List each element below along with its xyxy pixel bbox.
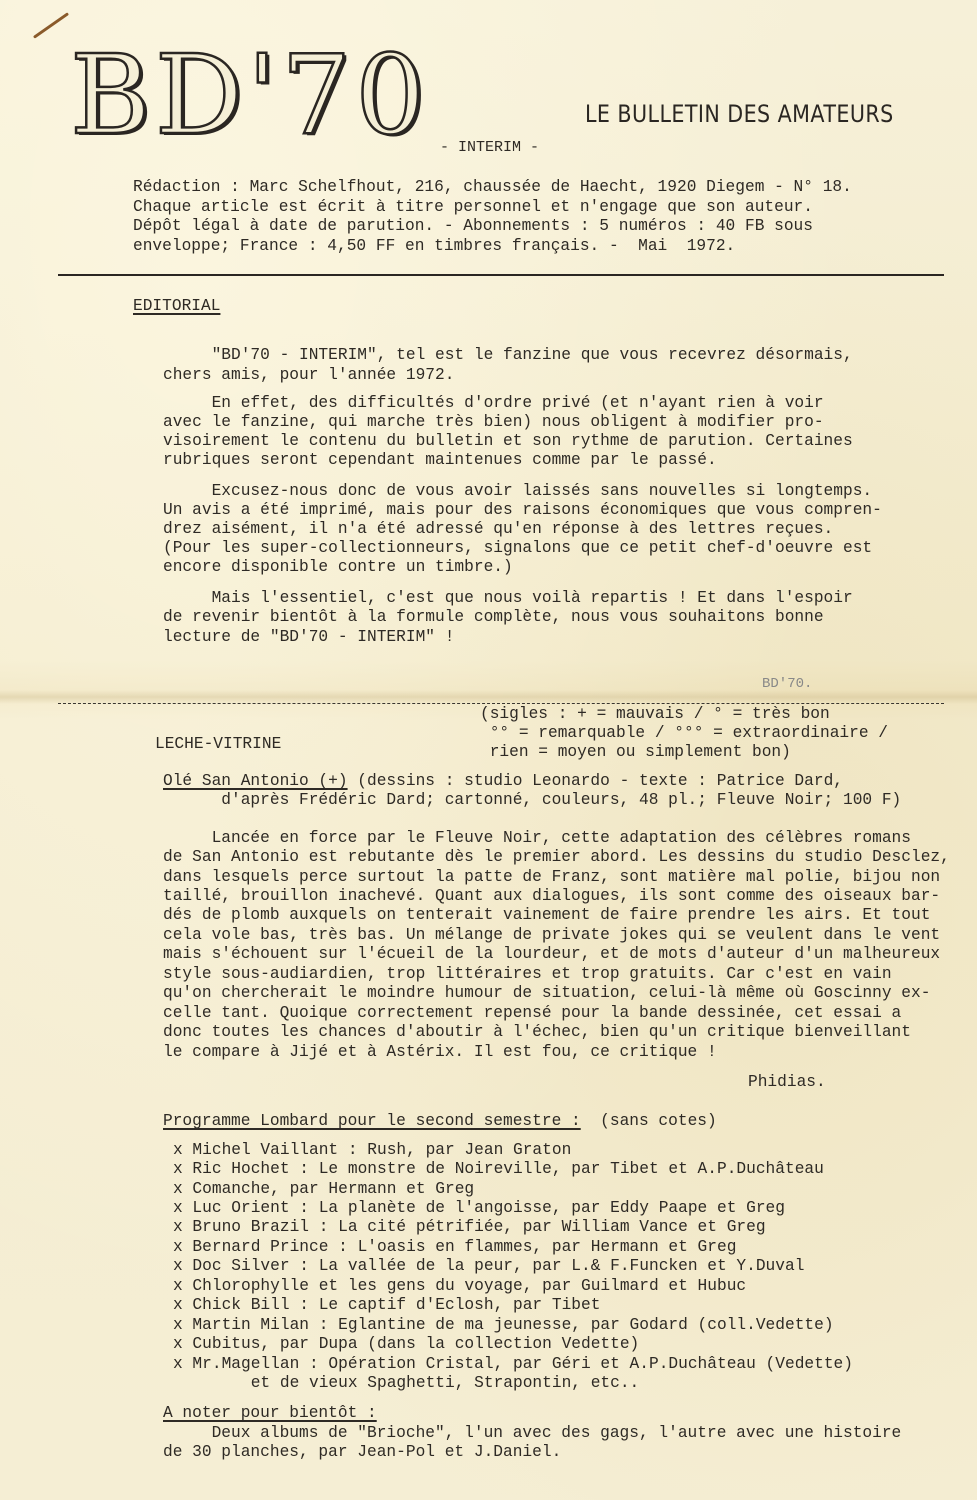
programme-header: Programme Lombard pour le second semestr… xyxy=(163,1112,717,1132)
paper-fold xyxy=(0,690,977,704)
divider-dashed xyxy=(58,703,944,704)
list-item: x Doc Silver : La vallée de la peur, par… xyxy=(173,1257,804,1277)
review-line: donc toutes les chances d'aboutir à l'éc… xyxy=(163,1023,911,1043)
editorial-line: En effet, des difficultés d'ordre privé … xyxy=(163,394,824,414)
list-item: x Comanche, par Hermann et Greg xyxy=(173,1180,474,1200)
masthead-interim: - INTERIM - xyxy=(440,138,539,158)
imprint-line: Dépôt légal à date de parution. - Abonne… xyxy=(133,217,813,237)
divider xyxy=(58,274,944,276)
list-item-tail: et de vieux Spaghetti, Strapontin, etc.. xyxy=(173,1374,639,1394)
editorial-line: Excusez-nous donc de vous avoir laissés … xyxy=(163,482,872,502)
legend-line: rien = moyen ou simplement bon) xyxy=(480,743,791,763)
review-header: Olé San Antonio (+) (dessins : studio Le… xyxy=(163,772,843,792)
imprint-line: enveloppe; France : 4,50 FF en timbres f… xyxy=(133,237,735,257)
review-author: Phidias. xyxy=(748,1073,826,1093)
review-line: taillé, brouillon inachevé. Quant aux di… xyxy=(163,887,940,907)
list-item: x Mr.Magellan : Opération Cristal, par G… xyxy=(173,1355,853,1375)
review-line: style sous-audiardien, trop littéraires … xyxy=(163,965,892,985)
list-item: x Ric Hochet : Le monstre de Noireville,… xyxy=(173,1160,824,1180)
review-line: de San Antonio est rebutante dès le prem… xyxy=(163,848,950,868)
legend-line: (sigles : + = mauvais / ° = très bon xyxy=(480,705,830,725)
a-noter-heading: A noter pour bientôt : xyxy=(163,1404,377,1424)
masthead-subtitle: LE BULLETIN DES AMATEURS xyxy=(585,100,894,128)
editorial-line: "BD'70 - INTERIM", tel est le fanzine qu… xyxy=(163,346,853,366)
editorial-line: Un avis a été imprimé, mais pour des rai… xyxy=(163,501,882,521)
review-title: Olé San Antonio (+) xyxy=(163,772,348,790)
editorial-line: de revenir bientôt à la formule complète… xyxy=(163,608,824,628)
a-noter-line: de 30 planches, par Jean-Pol et J.Daniel… xyxy=(163,1443,561,1463)
review-details: (dessins : studio Leonardo - texte : Pat… xyxy=(348,772,843,790)
review-line: cela vole bas, très bas. Un mélange de p… xyxy=(163,926,940,946)
programme-note: (sans cotes) xyxy=(581,1112,717,1130)
editorial-line: chers amis, pour l'année 1972. xyxy=(163,366,454,386)
editorial-line: avec le fanzine, qui marche très bien) n… xyxy=(163,413,824,433)
legend-line: °° = remarquable / °°° = extraordinaire … xyxy=(480,724,888,744)
editorial-line: drez aisément, il n'a été adressé qu'en … xyxy=(163,520,833,540)
list-item: x Bruno Brazil : La cité pétrifiée, par … xyxy=(173,1218,766,1238)
list-item: x Luc Orient : La planète de l'angoisse,… xyxy=(173,1199,785,1219)
masthead-logo: BD'70 xyxy=(70,40,429,150)
list-item: x Michel Vaillant : Rush, par Jean Grato… xyxy=(173,1141,571,1161)
programme-heading: Programme Lombard pour le second semestr… xyxy=(163,1112,581,1130)
list-item: x Martin Milan : Eglantine de ma jeuness… xyxy=(173,1316,834,1336)
pencil-mark xyxy=(33,12,69,39)
review-line: mais s'échouent sur l'écueil de la lourd… xyxy=(163,945,940,965)
review-line: Lancée en force par le Fleuve Noir, cett… xyxy=(163,829,911,849)
editorial-heading: EDITORIAL xyxy=(133,297,220,317)
list-item: x Bernard Prince : L'oasis en flammes, p… xyxy=(173,1238,736,1258)
imprint-line: Rédaction : Marc Schelfhout, 216, chauss… xyxy=(133,178,852,198)
editorial-line: Mais l'essentiel, c'est que nous voilà r… xyxy=(163,589,853,609)
review-details: d'après Frédéric Dard; cartonné, couleur… xyxy=(163,791,901,811)
review-line: dans lesquels perce surtout la patte de … xyxy=(163,868,940,888)
leche-vitrine-heading: LECHE-VITRINE xyxy=(155,735,281,755)
review-line: celle tant. Quoique correctement repensé… xyxy=(163,1004,901,1024)
review-line: dés de plomb auxquels on tenterait vaine… xyxy=(163,906,930,926)
editorial-line: (Pour les super-collectionneurs, signalo… xyxy=(163,539,872,559)
editorial-line: encore disponible contre un timbre.) xyxy=(163,558,513,578)
document-page: BD'70 LE BULLETIN DES AMATEURS - INTERIM… xyxy=(0,0,977,1500)
editorial-line: lecture de "BD'70 - INTERIM" ! xyxy=(163,628,454,648)
review-line: le compare à Jijé et à Astérix. Il est f… xyxy=(163,1043,717,1063)
imprint-line: Chaque article est écrit à titre personn… xyxy=(133,198,813,218)
editorial-line: rubriques seront cependant maintenues co… xyxy=(163,451,717,471)
a-noter-line: Deux albums de "Brioche", l'un avec des … xyxy=(163,1424,901,1444)
editorial-line: visoirement le contenu du bulletin et so… xyxy=(163,432,853,452)
list-item: x Cubitus, par Dupa (dans la collection … xyxy=(173,1335,639,1355)
review-line: qu'on chercherait le moindre humour de s… xyxy=(163,984,930,1004)
editorial-signature: BD'70. xyxy=(762,676,812,692)
list-item: x Chick Bill : Le captif d'Eclosh, par T… xyxy=(173,1296,600,1316)
list-item: x Chlorophylle et les gens du voyage, pa… xyxy=(173,1277,746,1297)
